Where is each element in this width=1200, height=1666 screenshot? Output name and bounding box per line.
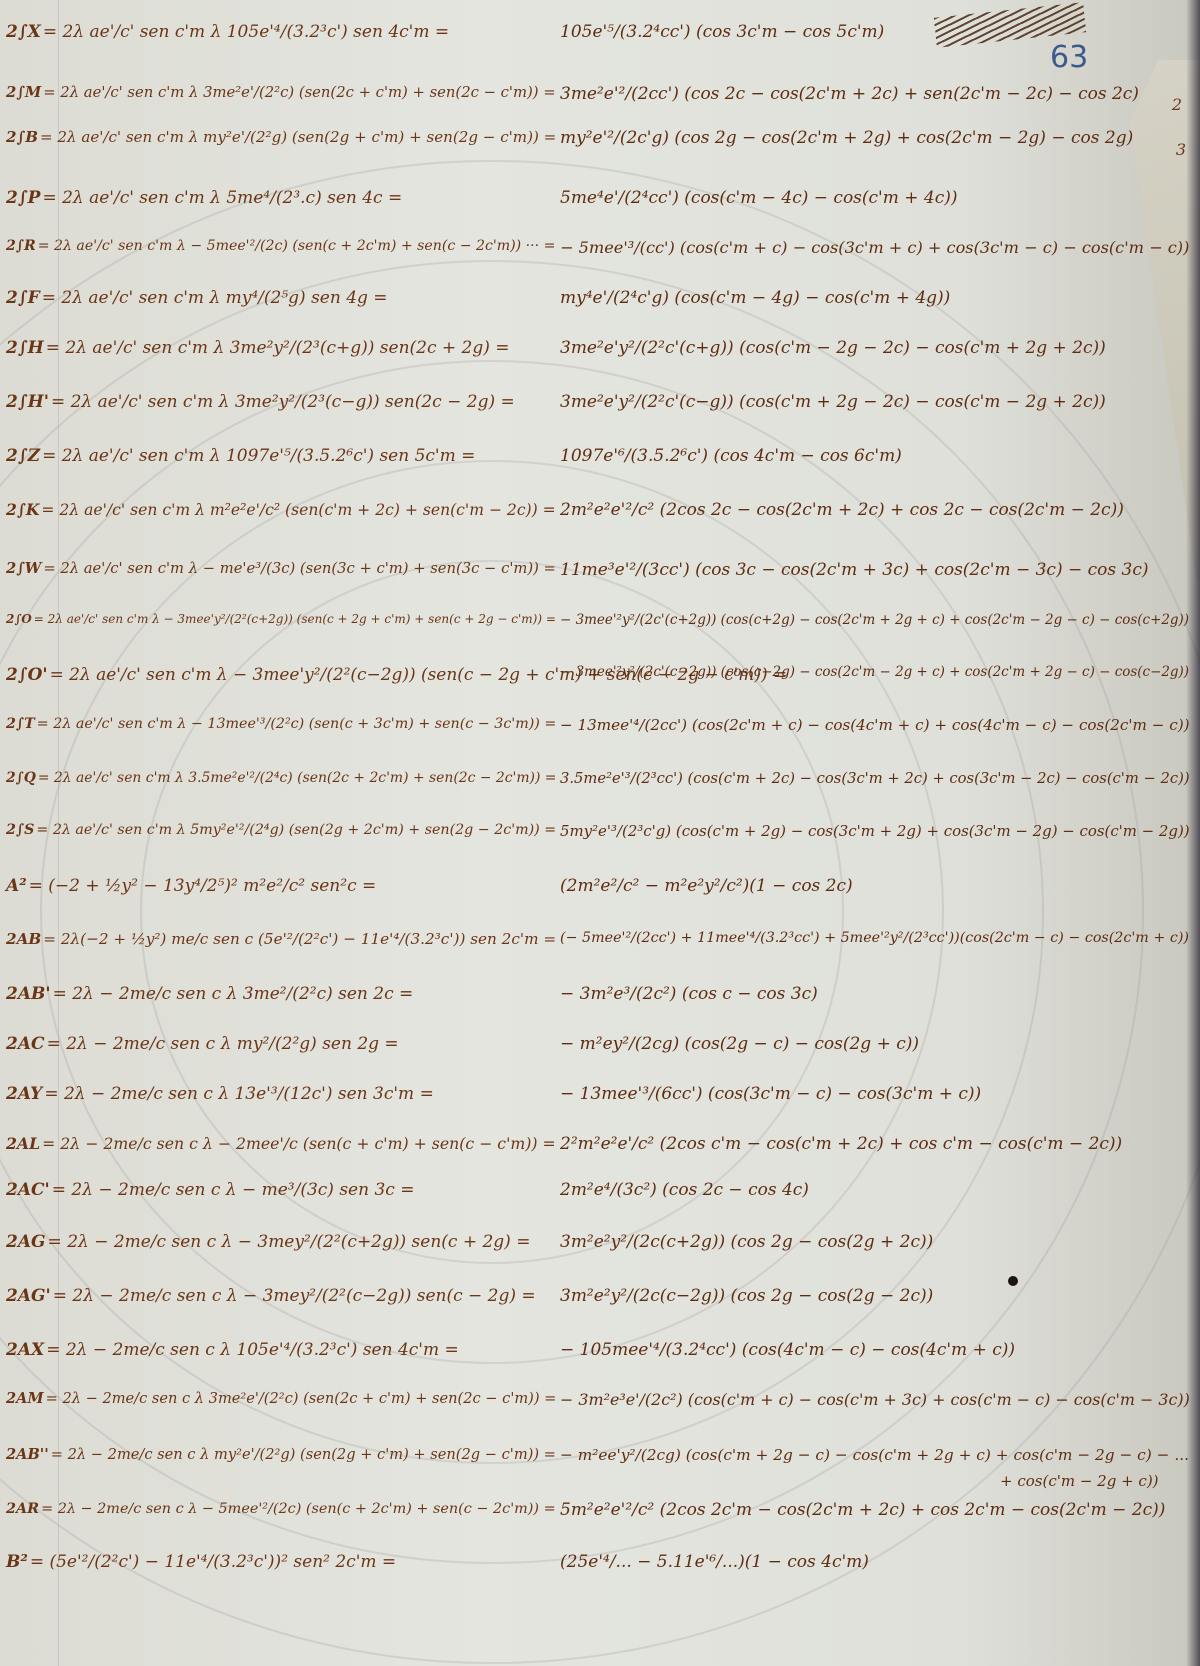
equation-left-expression: = 2λ ae'/c' sen c'm λ 5me⁴/(2³.c) sen 4c… <box>42 188 402 208</box>
equation-left-expression: = 2λ ae'/c' sen c'm λ 3.5me²e'²/(2⁴c) (s… <box>38 770 557 786</box>
equation-row: 2AB''= 2λ − 2me/c sen c λ my²e'/(2²g) (s… <box>0 1446 1200 1486</box>
equation-right-expression: − 13mee'³/(6cc') (cos(3c'm − c) − cos(3c… <box>560 1084 981 1104</box>
equation-label: 2∫H <box>6 338 44 358</box>
equation-row: 2∫Q= 2λ ae'/c' sen c'm λ 3.5me²e'²/(2⁴c)… <box>0 770 1200 810</box>
equation-left-expression: = 2λ ae'/c' sen c'm λ 105e'⁴/(3.2³c') se… <box>43 22 449 42</box>
equation-lhs: 2∫R= 2λ ae'/c' sen c'm λ − 5mee'²/(2c) (… <box>6 238 555 254</box>
equation-lhs: 2∫W= 2λ ae'/c' sen c'm λ − me'e³/(3c) (s… <box>6 560 556 577</box>
equation-lhs: 2∫F= 2λ ae'/c' sen c'm λ my⁴/(2⁵g) sen 4… <box>6 288 388 308</box>
equation-lhs: B²= (5e'²/(2²c') − 11e'⁴/(3.2³c'))² sen²… <box>6 1552 396 1572</box>
equation-label: 2∫O' <box>6 664 48 684</box>
equation-lhs: 2∫P= 2λ ae'/c' sen c'm λ 5me⁴/(2³.c) sen… <box>6 188 402 208</box>
equation-row: 2AC= 2λ − 2me/c sen c λ my²/(2²g) sen 2g… <box>0 1034 1200 1074</box>
equation-left-expression: = 2λ ae'/c' sen c'm λ 3me²y²/(2³(c−g)) s… <box>51 392 515 412</box>
equation-label: 2AG <box>6 1232 46 1252</box>
equation-left-expression: = 2λ ae'/c' sen c'm λ my⁴/(2⁵g) sen 4g = <box>42 288 388 308</box>
equation-left-expression: = 2λ − 2me/c sen c λ − 2mee'/c (sen(c + … <box>42 1134 556 1153</box>
equation-left-expression: = 2λ ae'/c' sen c'm λ m²e²e'/c² (sen(c'm… <box>41 501 555 519</box>
equation-label: 2AY <box>6 1084 42 1104</box>
equation-lhs: 2∫O= 2λ ae'/c' sen c'm λ − 3mee'y²/(2²(c… <box>6 612 556 626</box>
equation-label: 2∫Z <box>6 446 40 466</box>
equation-row: 2∫H'= 2λ ae'/c' sen c'm λ 3me²y²/(2³(c−g… <box>0 392 1200 432</box>
equation-lhs: 2AR= 2λ − 2me/c sen c λ − 5mee'²/(2c) (s… <box>6 1500 556 1517</box>
equation-row: 2AC'= 2λ − 2me/c sen c λ − me³/(3c) sen … <box>0 1180 1200 1220</box>
equation-row: 2∫H= 2λ ae'/c' sen c'm λ 3me²y²/(2³(c+g)… <box>0 338 1200 378</box>
equation-left-expression: = (−2 + ½y² − 13y⁴/2⁵)² m²e²/c² sen²c = <box>29 876 377 896</box>
equation-lhs: 2∫M= 2λ ae'/c' sen c'm λ 3me²e'/(2²c) (s… <box>6 84 556 101</box>
equation-right-expression: 3me²e'²/(2cc') (cos 2c − cos(2c'm + 2c) … <box>560 84 1139 104</box>
equation-left-expression: = 2λ − 2me/c sen c λ − me³/(3c) sen 3c = <box>52 1180 415 1200</box>
equation-left-expression: = 2λ − 2me/c sen c λ 3me²e'/(2²c) (sen(2… <box>46 1390 557 1407</box>
equation-lhs: 2∫K= 2λ ae'/c' sen c'm λ m²e²e'/c² (sen(… <box>6 500 556 519</box>
equation-left-expression: = 2λ − 2me/c sen c λ 105e'⁴/(3.2³c') sen… <box>46 1340 459 1360</box>
equation-left-expression: = 2λ − 2me/c sen c λ my²e'/(2²g) (sen(2g… <box>51 1446 556 1463</box>
equation-lhs: A²= (−2 + ½y² − 13y⁴/2⁵)² m²e²/c² sen²c … <box>6 876 376 896</box>
equation-right-expression: − m²ee'y²/(2cg) (cos(c'm + 2g − c) − cos… <box>560 1446 1189 1464</box>
equation-row: 2∫M= 2λ ae'/c' sen c'm λ 3me²e'/(2²c) (s… <box>0 84 1200 124</box>
equation-right-expression: 3me²e'y²/(2²c'(c−g)) (cos(c'm + 2g − 2c)… <box>560 392 1106 412</box>
equation-label: 2AB'' <box>6 1446 49 1463</box>
equation-right-expression: my²e'²/(2c'g) (cos 2g − cos(2c'm + 2g) +… <box>560 128 1133 148</box>
equation-left-expression: = 2λ − 2me/c sen c λ − 5mee'²/(2c) (sen(… <box>41 1501 556 1517</box>
equation-right-expression: 11me³e'²/(3cc') (cos 3c − cos(2c'm + 3c)… <box>560 560 1149 580</box>
equation-right-expression: 1097e'⁶/(3.5.2⁶c') (cos 4c'm − cos 6c'm) <box>560 446 902 466</box>
equation-label: 2AC' <box>6 1180 50 1200</box>
equation-row: 2AG'= 2λ − 2me/c sen c λ − 3mey²/(2²(c−2… <box>0 1286 1200 1326</box>
equation-right-expression: − 13mee'⁴/(2cc') (cos(2c'm + c) − cos(4c… <box>560 716 1190 734</box>
equation-right-expression: 2m²e⁴/(3c²) (cos 2c − cos 4c) <box>560 1180 809 1200</box>
equation-row: B²= (5e'²/(2²c') − 11e'⁴/(3.2³c'))² sen²… <box>0 1552 1200 1592</box>
equation-label: 2AR <box>6 1500 39 1517</box>
equation-label: 2∫H' <box>6 392 49 412</box>
equation-lhs: 2∫T= 2λ ae'/c' sen c'm λ − 13mee'³/(2²c)… <box>6 716 556 732</box>
equation-row: 2AR= 2λ − 2me/c sen c λ − 5mee'²/(2c) (s… <box>0 1500 1200 1540</box>
manuscript-page: 63 2 3 2∫X= 2λ ae'/c' sen c'm λ 105e'⁴/(… <box>0 0 1200 1666</box>
equation-right-expression: 5my²e'³/(2³c'g) (cos(c'm + 2g) − cos(3c'… <box>560 822 1190 840</box>
equation-lhs: 2∫X= 2λ ae'/c' sen c'm λ 105e'⁴/(3.2³c')… <box>6 22 449 42</box>
equation-left-expression: = 2λ − 2me/c sen c λ 3me²/(2²c) sen 2c = <box>53 984 414 1004</box>
equation-row: 2AX= 2λ − 2me/c sen c λ 105e'⁴/(3.2³c') … <box>0 1340 1200 1380</box>
equation-right-expression: − 3mee'²y²/(2c'(c−2g)) (cos(c−2g) − cos(… <box>560 664 1189 680</box>
ink-blot <box>1008 1276 1018 1286</box>
equation-row: 2∫S= 2λ ae'/c' sen c'm λ 5my²e'²/(2⁴g) (… <box>0 822 1200 862</box>
equation-right-expression: (2m²e²/c² − m²e²y²/c²)(1 − cos 2c) <box>560 876 853 896</box>
equation-left-expression: = 2λ − 2me/c sen c λ − 3mey²/(2²(c−2g)) … <box>53 1286 536 1306</box>
equation-label: 2AX <box>6 1340 44 1360</box>
equation-row: 2∫O'= 2λ ae'/c' sen c'm λ − 3mee'y²/(2²(… <box>0 664 1200 704</box>
equation-label: B² <box>6 1552 28 1572</box>
equation-left-expression: = 2λ ae'/c' sen c'm λ my²e'/(2²g) (sen(2… <box>40 128 556 146</box>
equation-lhs: 2AG'= 2λ − 2me/c sen c λ − 3mey²/(2²(c−2… <box>6 1286 536 1306</box>
equation-lhs: 2AL= 2λ − 2me/c sen c λ − 2mee'/c (sen(c… <box>6 1134 556 1153</box>
equation-right-expression: − 105mee'⁴/(3.2⁴cc') (cos(4c'm − c) − co… <box>560 1340 1015 1360</box>
equation-row: 2∫P= 2λ ae'/c' sen c'm λ 5me⁴/(2³.c) sen… <box>0 188 1200 228</box>
equation-label: 2∫F <box>6 288 40 308</box>
equation-row: 2∫B= 2λ ae'/c' sen c'm λ my²e'/(2²g) (se… <box>0 128 1200 168</box>
equation-label: 2∫O <box>6 612 32 626</box>
equation-lhs: 2AB''= 2λ − 2me/c sen c λ my²e'/(2²g) (s… <box>6 1446 556 1463</box>
equation-right-expression: − 3mee'²y²/(2c'(c+2g)) (cos(c+2g) − cos(… <box>560 612 1189 628</box>
equation-label: 2∫W <box>6 560 41 577</box>
equation-lhs: 2AC'= 2λ − 2me/c sen c λ − me³/(3c) sen … <box>6 1180 414 1200</box>
equation-lhs: 2AM= 2λ − 2me/c sen c λ 3me²e'/(2²c) (se… <box>6 1390 556 1407</box>
equation-row: 2∫W= 2λ ae'/c' sen c'm λ − me'e³/(3c) (s… <box>0 560 1200 600</box>
equation-left-expression: = (5e'²/(2²c') − 11e'⁴/(3.2³c'))² sen² 2… <box>30 1552 396 1572</box>
equation-row: 2AY= 2λ − 2me/c sen c λ 13e'³/(12c') sen… <box>0 1084 1200 1124</box>
equation-right-expression: 5me⁴e'/(2⁴cc') (cos(c'm − 4c) − cos(c'm … <box>560 188 958 208</box>
equation-right-expression: 105e'⁵/(3.2⁴cc') (cos 3c'm − cos 5c'm) <box>560 22 884 42</box>
equation-row: A²= (−2 + ½y² − 13y⁴/2⁵)² m²e²/c² sen²c … <box>0 876 1200 916</box>
equation-label: 2AC <box>6 1034 45 1054</box>
equation-left-expression: = 2λ − 2me/c sen c λ 13e'³/(12c') sen 3c… <box>44 1084 434 1104</box>
equation-label: 2∫B <box>6 128 38 146</box>
equation-lhs: 2∫S= 2λ ae'/c' sen c'm λ 5my²e'²/(2⁴g) (… <box>6 822 556 838</box>
equation-right-expression: 3.5me²e'³/(2³cc') (cos(c'm + 2c) − cos(3… <box>560 770 1190 787</box>
equation-row: 2∫T= 2λ ae'/c' sen c'm λ − 13mee'³/(2²c)… <box>0 716 1200 756</box>
equation-label: 2∫R <box>6 238 36 254</box>
equation-row: 2∫K= 2λ ae'/c' sen c'm λ m²e²e'/c² (sen(… <box>0 500 1200 540</box>
equation-label: 2AL <box>6 1134 40 1153</box>
equation-right-expression: 3m²e²y²/(2c(c−2g)) (cos 2g − cos(2g − 2c… <box>560 1286 933 1306</box>
equation-row: 2AL= 2λ − 2me/c sen c λ − 2mee'/c (sen(c… <box>0 1134 1200 1174</box>
equation-right-expression: − 5mee'³/(cc') (cos(c'm + c) − cos(3c'm … <box>560 238 1189 257</box>
equation-right-expression: 2²m²e²e'/c² (2cos c'm − cos(c'm + 2c) + … <box>560 1134 1122 1154</box>
equation-right-expression: 3me²e'y²/(2²c'(c+g)) (cos(c'm − 2g − 2c)… <box>560 338 1106 358</box>
equation-label: A² <box>6 876 27 896</box>
equation-lhs: 2∫Z= 2λ ae'/c' sen c'm λ 1097e'⁵/(3.5.2⁶… <box>6 446 475 466</box>
equation-lhs: 2AC= 2λ − 2me/c sen c λ my²/(2²g) sen 2g… <box>6 1034 399 1054</box>
equation-left-expression: = 2λ ae'/c' sen c'm λ 1097e'⁵/(3.5.2⁶c')… <box>42 446 475 466</box>
equation-label: 2AB' <box>6 984 51 1004</box>
equation-label: 2∫T <box>6 716 35 732</box>
equation-right-expression: 3m²e²y²/(2c(c+2g)) (cos 2g − cos(2g + 2c… <box>560 1232 933 1252</box>
equation-left-expression: = 2λ ae'/c' sen c'm λ − me'e³/(3c) (sen(… <box>43 560 556 577</box>
equation-label: 2∫Q <box>6 770 36 786</box>
equation-left-expression: = 2λ ae'/c' sen c'm λ − 3mee'y²/(2²(c+2g… <box>34 612 556 626</box>
equation-label: 2AM <box>6 1390 44 1407</box>
equation-continuation: + cos(c'm − 2g + c)) <box>1000 1472 1159 1490</box>
equation-right-expression: (25e'⁴/... − 5.11e'⁶/...)(1 − cos 4c'm) <box>560 1552 869 1572</box>
equation-row: 2∫Z= 2λ ae'/c' sen c'm λ 1097e'⁵/(3.5.2⁶… <box>0 446 1200 486</box>
equation-lhs: 2AY= 2λ − 2me/c sen c λ 13e'³/(12c') sen… <box>6 1084 434 1104</box>
equation-left-expression: = 2λ ae'/c' sen c'm λ 5my²e'²/(2⁴g) (sen… <box>36 822 556 838</box>
equation-left-expression: = 2λ − 2me/c sen c λ − 3mey²/(2²(c+2g)) … <box>48 1232 531 1252</box>
equation-lhs: 2∫B= 2λ ae'/c' sen c'm λ my²e'/(2²g) (se… <box>6 128 556 146</box>
equation-right-expression: my⁴e'/(2⁴c'g) (cos(c'm − 4g) − cos(c'm +… <box>560 288 950 308</box>
equation-row: 2AB= 2λ(−2 + ½y²) me/c sen c (5e'²/(2²c'… <box>0 930 1200 970</box>
equation-right-expression: − m²ey²/(2cg) (cos(2g − c) − cos(2g + c)… <box>560 1034 919 1054</box>
equation-row: 2AG= 2λ − 2me/c sen c λ − 3mey²/(2²(c+2g… <box>0 1232 1200 1272</box>
equation-row: 2AB'= 2λ − 2me/c sen c λ 3me²/(2²c) sen … <box>0 984 1200 1024</box>
equation-right-expression: − 3m²e³/(2c²) (cos c − cos 3c) <box>560 984 818 1004</box>
equation-lhs: 2AB= 2λ(−2 + ½y²) me/c sen c (5e'²/(2²c'… <box>6 930 556 948</box>
equation-label: 2AB <box>6 930 41 948</box>
equation-left-expression: = 2λ ae'/c' sen c'm λ 3me²y²/(2³(c+g)) s… <box>46 338 510 358</box>
equation-lhs: 2∫H= 2λ ae'/c' sen c'm λ 3me²y²/(2³(c+g)… <box>6 338 510 358</box>
equation-right-expression: (− 5mee'²/(2cc') + 11mee'⁴/(3.2³cc') + 5… <box>560 930 1189 946</box>
equation-left-expression: = 2λ(−2 + ½y²) me/c sen c (5e'²/(2²c') −… <box>43 930 556 948</box>
equation-lhs: 2∫Q= 2λ ae'/c' sen c'm λ 3.5me²e'²/(2⁴c)… <box>6 770 556 786</box>
equation-row: 2AM= 2λ − 2me/c sen c λ 3me²e'/(2²c) (se… <box>0 1390 1200 1430</box>
equation-lhs: 2AX= 2λ − 2me/c sen c λ 105e'⁴/(3.2³c') … <box>6 1340 459 1360</box>
equation-label: 2∫S <box>6 822 34 838</box>
equation-row: 2∫X= 2λ ae'/c' sen c'm λ 105e'⁴/(3.2³c')… <box>0 22 1200 62</box>
equation-label: 2∫M <box>6 84 41 101</box>
equation-label: 2∫P <box>6 188 40 208</box>
equation-label: 2∫X <box>6 22 41 42</box>
equation-row: 2∫F= 2λ ae'/c' sen c'm λ my⁴/(2⁵g) sen 4… <box>0 288 1200 328</box>
equation-lhs: 2AB'= 2λ − 2me/c sen c λ 3me²/(2²c) sen … <box>6 984 413 1004</box>
equation-left-expression: = 2λ ae'/c' sen c'm λ − 5mee'²/(2c) (sen… <box>38 238 556 254</box>
equation-right-expression: 2m²e²e'²/c² (2cos 2c − cos(2c'm + 2c) + … <box>560 500 1124 520</box>
equation-right-expression: − 3m²e³e'/(2c²) (cos(c'm + c) − cos(c'm … <box>560 1390 1190 1409</box>
equation-label: 2∫K <box>6 500 39 519</box>
equation-lhs: 2∫H'= 2λ ae'/c' sen c'm λ 3me²y²/(2³(c−g… <box>6 392 515 412</box>
equation-left-expression: = 2λ − 2me/c sen c λ my²/(2²g) sen 2g = <box>47 1034 399 1054</box>
equation-label: 2AG' <box>6 1286 51 1306</box>
equation-row: 2∫R= 2λ ae'/c' sen c'm λ − 5mee'²/(2c) (… <box>0 238 1200 278</box>
equation-lhs: 2AG= 2λ − 2me/c sen c λ − 3mey²/(2²(c+2g… <box>6 1232 530 1252</box>
equation-left-expression: = 2λ ae'/c' sen c'm λ − 13mee'³/(2²c) (s… <box>37 716 557 732</box>
equation-left-expression: = 2λ ae'/c' sen c'm λ 3me²e'/(2²c) (sen(… <box>43 84 555 101</box>
equation-right-expression: 5m²e²e'²/c² (2cos 2c'm − cos(2c'm + 2c) … <box>560 1500 1165 1520</box>
equation-row: 2∫O= 2λ ae'/c' sen c'm λ − 3mee'y²/(2²(c… <box>0 612 1200 652</box>
